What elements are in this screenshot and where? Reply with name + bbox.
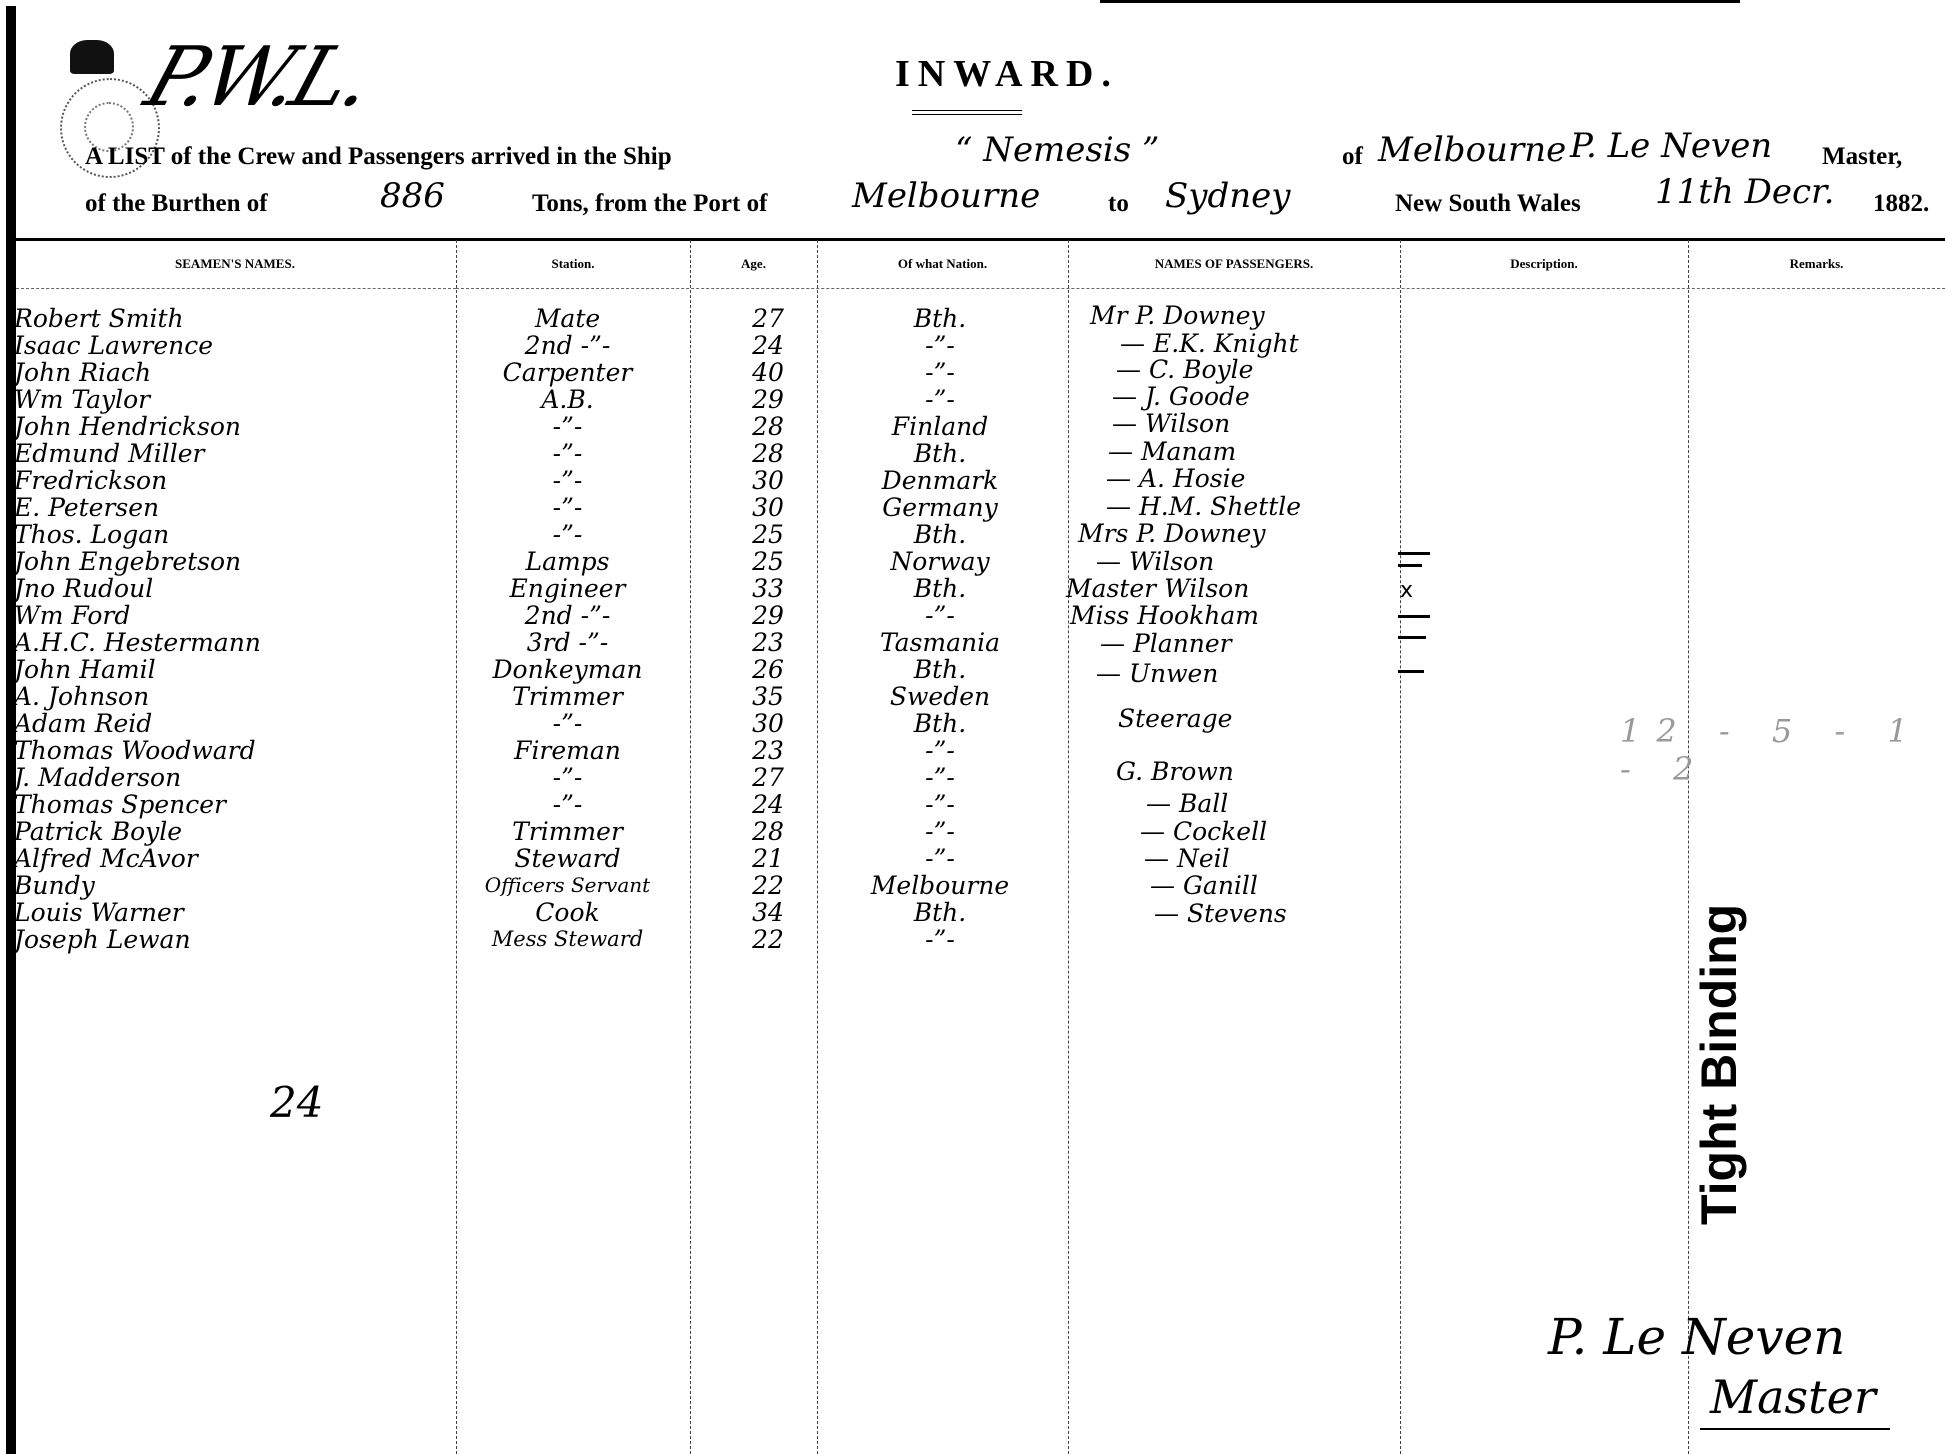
to-label: to: [1108, 190, 1129, 218]
crew-name: Joseph Lewan: [14, 926, 191, 953]
crew-age: 22: [728, 872, 808, 899]
passenger-section-steerage: Steerage: [1118, 705, 1232, 732]
crew-station: Donkeyman: [455, 656, 680, 683]
arrival-date: 11th Decr.: [1655, 172, 1834, 212]
crew-nation: Germany: [820, 494, 1060, 521]
header-line1-prefix: A LIST of the Crew and Passengers arrive…: [85, 143, 672, 171]
folio-initials: P.W.L.: [135, 30, 383, 125]
crew-station: A.B.: [455, 386, 680, 413]
crew-nation: -”-: [820, 602, 1060, 629]
tally-mark: [1398, 636, 1426, 639]
passenger-name: — E.K. Knight: [1120, 330, 1299, 357]
arrival-year: 1882.: [1873, 190, 1929, 218]
crew-name: A. Johnson: [14, 683, 149, 710]
crew-station: -”-: [455, 791, 680, 818]
crew-age: 28: [728, 818, 808, 845]
passenger-name: — Manam: [1108, 438, 1236, 465]
crew-count: 24: [270, 1078, 323, 1127]
passenger-name: — Ball: [1146, 790, 1228, 817]
header-passengers: NAMES OF PASSENGERS.: [1068, 256, 1400, 272]
crew-age: 28: [728, 413, 808, 440]
tally-mark: [1398, 615, 1430, 618]
passenger-name: Mrs P. Downey: [1078, 520, 1266, 547]
passenger-name: — H.M. Shettle: [1106, 493, 1301, 520]
crew-age: 27: [728, 764, 808, 791]
crew-name: John Hamil: [14, 656, 156, 683]
crew-name: Louis Warner: [14, 899, 184, 926]
title-underline: [912, 110, 1022, 115]
crew-nation: Bth.: [820, 440, 1060, 467]
crew-age: 30: [728, 494, 808, 521]
top-rule: [1100, 0, 1740, 3]
crew-station: -”-: [455, 494, 680, 521]
crew-name: Edmund Miller: [14, 440, 204, 467]
passenger-name: — A. Hosie: [1106, 465, 1245, 492]
tonnage: 886: [380, 176, 445, 216]
crew-age: 30: [728, 710, 808, 737]
tight-binding-stamp: Tight Binding: [1690, 904, 1748, 1225]
crew-nation: Denmark: [820, 467, 1060, 494]
crew-name: Fredrickson: [14, 467, 167, 494]
crew-nation: Bth.: [820, 305, 1060, 332]
crew-nation: -”-: [820, 845, 1060, 872]
crew-nation: Norway: [820, 548, 1060, 575]
crew-name: Alfred McAvor: [14, 845, 198, 872]
crew-name: Robert Smith: [14, 305, 184, 332]
crew-nation: -”-: [820, 926, 1060, 953]
crew-name: John Engebretson: [14, 548, 241, 575]
check-mark-icon: x: [1400, 578, 1413, 603]
crew-age: 27: [728, 305, 808, 332]
crew-nation: Bth.: [820, 521, 1060, 548]
crew-name: E. Petersen: [14, 494, 159, 521]
passenger-name: Miss Hookham: [1070, 602, 1259, 629]
crew-age: 35: [728, 683, 808, 710]
crew-name: Thomas Spencer: [14, 791, 226, 818]
table-top-rule: [16, 238, 1945, 241]
colony-label: New South Wales: [1395, 190, 1581, 218]
crew-nation: Bth.: [820, 656, 1060, 683]
master-signature: P. Le Neven: [1548, 1308, 1845, 1366]
crew-name: Thomas Woodward: [14, 737, 256, 764]
crew-age: 21: [728, 845, 808, 872]
crew-nation: Finland: [820, 413, 1060, 440]
crew-station: Trimmer: [455, 683, 680, 710]
passenger-name: — Neil: [1144, 845, 1230, 872]
column-divider: [690, 240, 691, 1454]
crew-station: 3rd -”-: [455, 629, 680, 656]
tally-mark: [1398, 670, 1424, 673]
crew-nation: -”-: [820, 818, 1060, 845]
header-seamen-names: SEAMEN'S NAMES.: [60, 256, 410, 272]
crew-age: 24: [728, 332, 808, 359]
crew-station: -”-: [455, 521, 680, 548]
crew-nation: -”-: [820, 764, 1060, 791]
crew-age: 25: [728, 521, 808, 548]
crew-nation: Bth.: [820, 575, 1060, 602]
crew-nation: Tasmania: [820, 629, 1060, 656]
crew-nation: Sweden: [820, 683, 1060, 710]
crew-name: Isaac Lawrence: [14, 332, 213, 359]
crew-nation: Melbourne: [820, 872, 1060, 899]
crew-age: 34: [728, 899, 808, 926]
crew-age: 28: [728, 440, 808, 467]
header-nation: Of what Nation.: [817, 256, 1068, 272]
tally-mark: [1398, 552, 1430, 555]
crew-station: -”-: [455, 710, 680, 737]
ship-name: “ Nemesis ”: [955, 130, 1159, 170]
header-rule: [16, 288, 456, 289]
crew-station: 2nd -”-: [455, 602, 680, 629]
master-name: P. Le Neven: [1570, 126, 1772, 166]
crew-nation: Bth.: [820, 710, 1060, 737]
home-port: Melbourne: [1378, 130, 1566, 170]
passenger-name: — Cockell: [1140, 818, 1267, 845]
crew-age: 29: [728, 386, 808, 413]
crew-station: -”-: [455, 764, 680, 791]
crew-station: Steward: [455, 845, 680, 872]
remarks-faint-numbers: 12 - 5 - 1 - 2: [1620, 712, 1945, 788]
passenger-name: G. Brown: [1116, 758, 1234, 785]
crew-station: Cook: [455, 899, 680, 926]
crew-station: -”-: [455, 440, 680, 467]
crew-age: 26: [728, 656, 808, 683]
of-label: of: [1342, 143, 1363, 171]
passenger-name: — Stevens: [1154, 900, 1287, 927]
crew-station: Fireman: [455, 737, 680, 764]
passenger-name: — Wilson: [1112, 410, 1230, 437]
column-divider: [1688, 240, 1689, 1454]
crew-nation: -”-: [820, 359, 1060, 386]
crew-name: Thos. Logan: [14, 521, 169, 548]
crew-name: J. Madderson: [14, 764, 181, 791]
crew-name: John Riach: [14, 359, 151, 386]
tally-mark: [1398, 564, 1422, 567]
passenger-name: — Wilson: [1096, 548, 1214, 575]
crew-age: 22: [728, 926, 808, 953]
crew-name: Adam Reid: [14, 710, 152, 737]
passenger-name: — Unwen: [1096, 660, 1218, 687]
crew-age: 23: [728, 737, 808, 764]
crew-name: A.H.C. Hestermann: [14, 629, 261, 656]
tons-label: Tons, from the Port of: [532, 190, 767, 218]
crew-name: Bundy: [14, 872, 95, 899]
passenger-name: — Planner: [1100, 630, 1232, 657]
passenger-name: Master Wilson: [1066, 575, 1249, 602]
column-divider: [1400, 240, 1401, 1454]
crew-name: Patrick Boyle: [14, 818, 182, 845]
column-divider: [817, 240, 818, 1454]
passenger-name: — Ganill: [1150, 872, 1258, 899]
from-port: Melbourne: [852, 176, 1040, 216]
to-port: Sydney: [1165, 176, 1291, 216]
crew-station: -”-: [455, 467, 680, 494]
passenger-name: — C. Boyle: [1116, 356, 1253, 383]
crew-station: Officers Servant: [455, 872, 680, 899]
crew-nation: -”-: [820, 332, 1060, 359]
crew-nation: -”-: [820, 386, 1060, 413]
burthen-label: of the Burthen of: [85, 190, 268, 218]
crew-station: Trimmer: [455, 818, 680, 845]
crew-age: 29: [728, 602, 808, 629]
page-title: INWARD.: [895, 52, 1119, 96]
signature-underline: [1700, 1428, 1890, 1430]
crew-station: Engineer: [455, 575, 680, 602]
crew-age: 40: [728, 359, 808, 386]
crew-station: Mate: [455, 305, 680, 332]
header-rule: [456, 288, 1945, 289]
header-station: Station.: [456, 256, 690, 272]
crew-age: 25: [728, 548, 808, 575]
crew-name: Jno Rudoul: [14, 575, 153, 602]
crew-name: Wm Ford: [14, 602, 130, 629]
crew-station: Mess Steward: [455, 926, 680, 953]
passenger-name: Mr P. Downey: [1090, 302, 1265, 329]
crew-age: 30: [728, 467, 808, 494]
crew-nation: -”-: [820, 791, 1060, 818]
header-description: Description.: [1400, 256, 1688, 272]
header-age: Age.: [690, 256, 817, 272]
ship-manifest-page: P.W.L. INWARD. A LIST of the Crew and Pa…: [0, 0, 1945, 1454]
column-divider: [1068, 240, 1069, 1454]
crew-age: 23: [728, 629, 808, 656]
crew-name: Wm Taylor: [14, 386, 150, 413]
crown-icon: [70, 40, 114, 74]
crew-station: 2nd -”-: [455, 332, 680, 359]
crew-name: John Hendrickson: [14, 413, 241, 440]
crew-nation: Bth.: [820, 899, 1060, 926]
master-label: Master,: [1822, 143, 1902, 171]
crew-age: 33: [728, 575, 808, 602]
header-remarks: Remarks.: [1688, 256, 1945, 272]
passenger-name: — J. Goode: [1112, 383, 1250, 410]
crew-age: 24: [728, 791, 808, 818]
crew-station: Carpenter: [455, 359, 680, 386]
crew-station: Lamps: [455, 548, 680, 575]
crew-station: -”-: [455, 413, 680, 440]
crew-nation: -”-: [820, 737, 1060, 764]
signature-role: Master: [1710, 1370, 1876, 1424]
